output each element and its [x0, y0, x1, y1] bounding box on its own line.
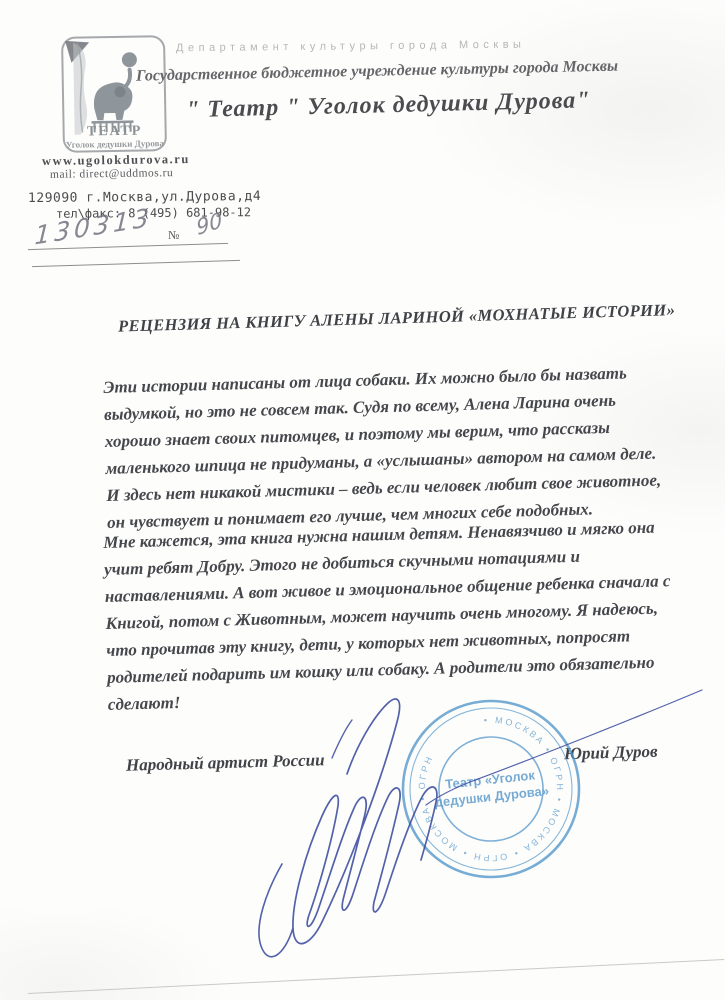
number-sign: №: [168, 228, 179, 243]
paragraph-1: Эти истории написаны от лица собаки. Их …: [103, 357, 707, 536]
theatre-logo: ТЕАТР Уголок дедушки Дурова: [61, 35, 167, 153]
logo-subtitle: Уголок дедушки Дурова: [51, 138, 179, 150]
document-title: РЕЦЕНЗИЯ НА КНИГУ АЛЕНЫ ЛАРИНОЙ «МОХНАТЫ…: [118, 299, 698, 336]
stamp-icon: • МОСКВА • ОГРН • МОСКВА • ОГРН • МОСКВА…: [389, 687, 593, 891]
email-text: mail: direct@uddmos.ru: [50, 167, 173, 181]
scan-paper-edge: [28, 959, 724, 994]
paragraph-2: Мне кажется, эта книга нужна нашим детям…: [103, 512, 708, 718]
scanned-letter-page: ТЕАТР Уголок дедушки Дурова Департамент …: [0, 0, 725, 1000]
theatre-stamp: • МОСКВА • ОГРН • МОСКВА • ОГРН • МОСКВА…: [389, 687, 593, 891]
department-line: Департамент культуры города Москвы: [176, 38, 606, 55]
signer-position: Народный артист России: [126, 750, 325, 776]
second-underline: [32, 260, 240, 267]
institution-line: Государственное бюджетное учреждение кул…: [136, 56, 681, 85]
theatre-name-line: " Театр " Уголок дедушки Дурова": [186, 87, 607, 124]
